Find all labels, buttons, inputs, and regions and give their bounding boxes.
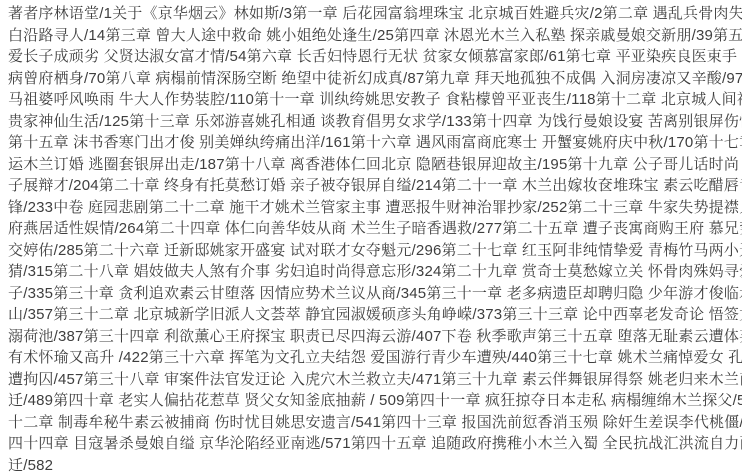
toc-text-block: 著者序林语堂/1关于《京华烟云》林如斯/3第一章 后花园富翁埋珠宝 北京城百姓避…: [0, 0, 742, 474]
toc-line: 运木兰订婚 逃圈套银屏出走/187第十八章 离香港体仁回北京 隐陋巷银屏迎故主/…: [8, 154, 738, 176]
toc-line: 遭拘囚/457第三十八章 审案件法官发迂论 入虎穴木兰救立夫/471第三十九章 …: [8, 369, 738, 391]
toc-line: 子/335第三十章 贪利追欢素云甘堕落 因情应势术兰议从商/345第三十一章 老…: [8, 283, 738, 305]
toc-line: 猜/315第二十八章 娼妓做夫人煞有介事 劣妇追时尚得意忘形/324第二十九章 …: [8, 261, 738, 283]
toc-line: 爱长子成顽劣 父贤达淑女富才情/54第六章 长舌妇恃恩行无状 贫家女倾慕富家郎/…: [8, 46, 738, 68]
toc-line: 迁/582: [8, 455, 738, 474]
toc-line: 交婷佑/285第二十六章 迁新邸姚家开盛宴 试对联才女夺魁元/296第二十七章 …: [8, 240, 738, 262]
toc-lines: 著者序林语堂/1关于《京华烟云》林如斯/3第一章 后花园富翁埋珠宝 北京城百姓避…: [8, 3, 738, 474]
toc-line: 四十四章 目寇暑杀曼娘自缢 京华沦陷经亚南逃/571第四十五章 追随政府携稚小木…: [8, 433, 738, 455]
toc-line: 子展辩才/204第二十章 终身有托莫愁订婚 亲子被夺银屏自缢/214第二十一章 …: [8, 175, 738, 197]
toc-line: 有术怀瑜又高升 /422第三十六章 挥笔为文孔立夫结怨 爱国游行青少车遭殃/44…: [8, 347, 738, 369]
toc-line: 溺荷池/387第三十四章 利欲薰心王府探宝 职责已尽四海云游/407下卷 秋季歌…: [8, 326, 738, 348]
toc-line: 府燕居适性娱情/264第二十四章 体仁向善华妓从商 术兰生子暗香遇救/277第二…: [8, 218, 738, 240]
toc-line: 著者序林语堂/1关于《京华烟云》林如斯/3第一章 后花园富翁埋珠宝 北京城百姓避…: [8, 3, 738, 25]
toc-line: 马祖婆呼风唤雨 牛大人作势装腔/110第十一章 训纨绔姚思安教子 食粘檬曾平亚丧…: [8, 89, 738, 111]
toc-line: 贵家神仙生活/125第十三章 乐郊游喜姚孔相通 谈教育倡男女求学/133第十四章…: [8, 111, 738, 133]
toc-line: 白沿路寻人/14第三章 曾大人途中救命 姚小姐绝处逢生/25第四章 沐恩光木兰入…: [8, 25, 738, 47]
toc-line: 第十五章 沫书香寒门出才俊 别美婵纨绔痛出洋/161第十六章 遇风雨富商庇寒士 …: [8, 132, 738, 154]
toc-line: 病曾府栖身/70第八章 病榻前情深肠空断 绝望中徒祈幻成真/87第九章 拜天地孤…: [8, 68, 738, 90]
toc-line: 山/357第三十二章 北京城新学旧派人文荟萃 静宜园淑媛硕彦头角峥嵘/373第三…: [8, 304, 738, 326]
toc-line: 锋/233中卷 庭园悲剧第二十二章 施干才姚术兰管家主事 遭恶报牛财神治罪抄家/…: [8, 197, 738, 219]
toc-line: 迁/489第四十章 老实人偏拈花惹草 贤父女知釜底抽薪 / 509第四十一章 疯…: [8, 390, 738, 412]
toc-line: 十二章 制毒牟秘牛素云被捕商 伤时忧目姚思安遗言/541第四十三章 报国洗前愆香…: [8, 412, 738, 434]
